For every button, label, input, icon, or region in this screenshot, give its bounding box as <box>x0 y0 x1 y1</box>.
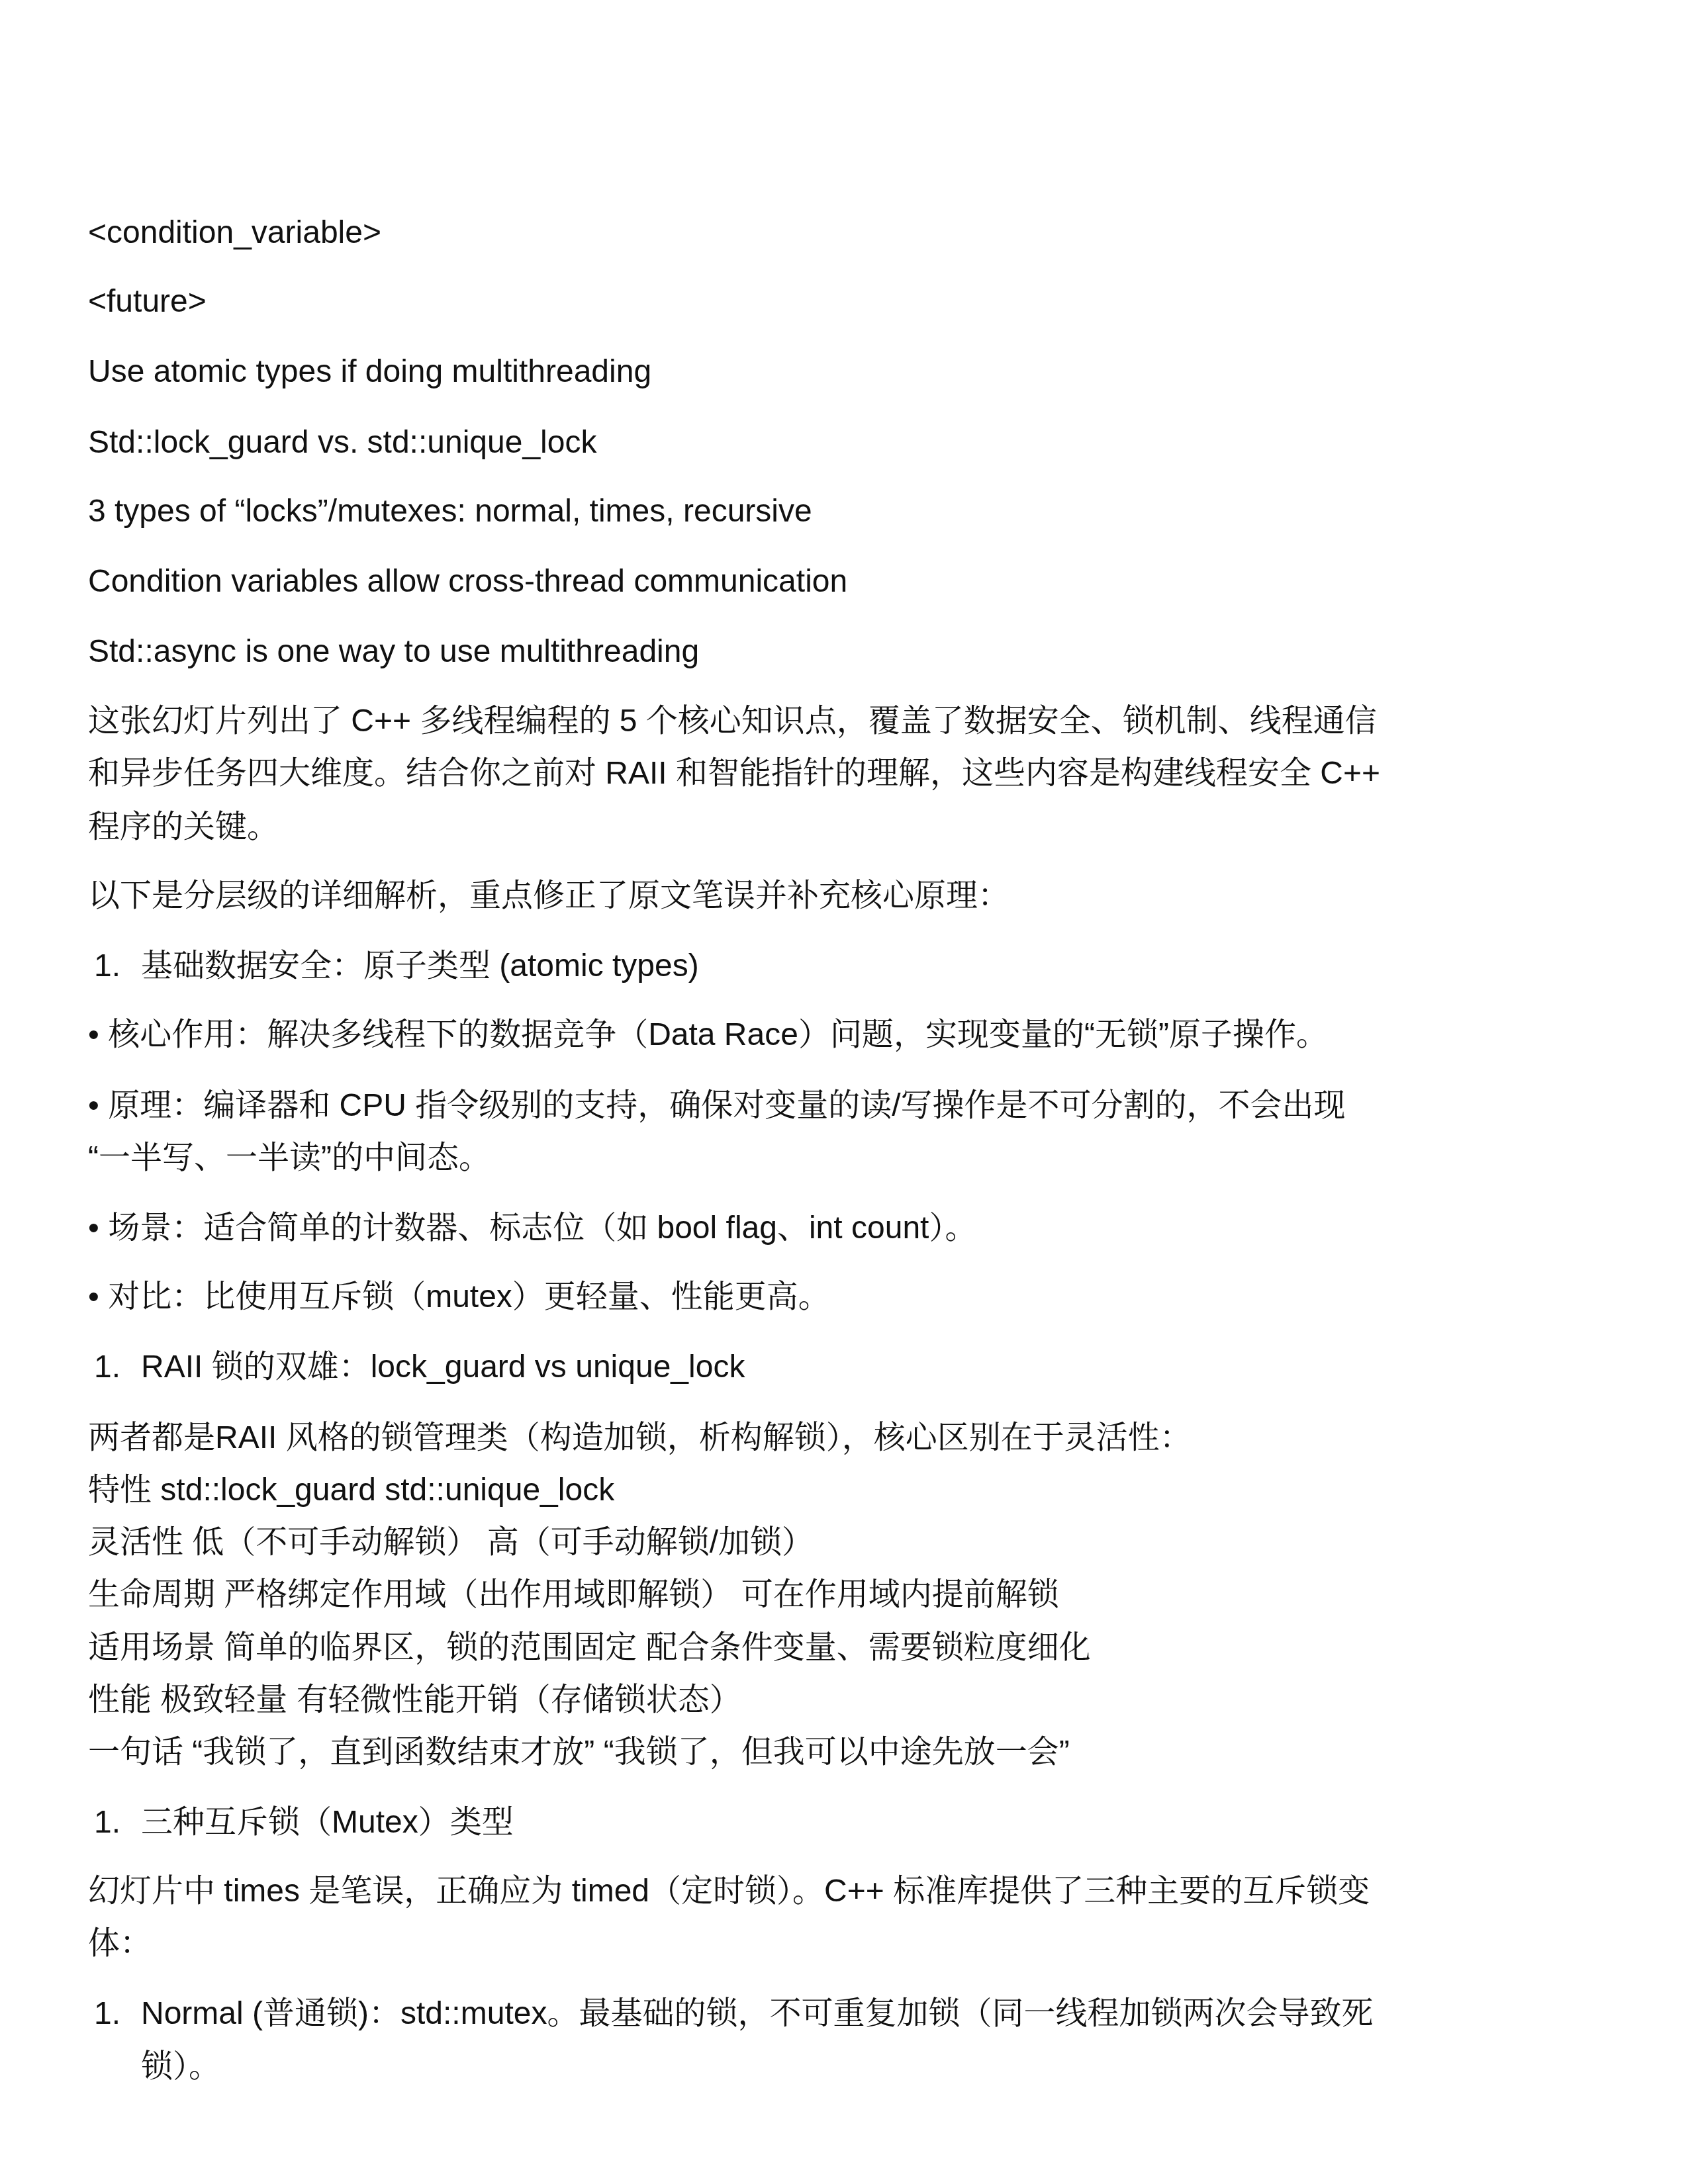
bullet-item: • 原理：编译器和 CPU 指令级别的支持，确保对变量的读/写操作是不可分割的，… <box>88 1086 1346 1126</box>
bullet-item: • 核心作用：解决多线程下的数据竞争（Data Race）问题，实现变量的“无锁… <box>88 1015 1328 1055</box>
list-item: Normal (普通锁)：std::mutex。最基础的锁，不可重复加锁（同一线… <box>141 1994 1373 2034</box>
table-cell: 性能 <box>88 1682 152 1717</box>
table-cell: 适用场景 <box>88 1630 215 1665</box>
table-header-cell: std::lock_guard <box>160 1473 376 1508</box>
table-header-row: 特性 std::lock_guard std::unique_lock <box>88 1471 614 1510</box>
list-item-number: 1. <box>94 1994 120 2034</box>
slide-note: Std::lock_guard vs. std::unique_lock <box>88 423 596 463</box>
intro-line: 程序的关键。 <box>88 807 279 847</box>
slide-note: 3 types of “locks”/mutexes: normal, time… <box>88 492 812 531</box>
intro-line: 这张幻灯片列出了 C++ 多线程编程的 5 个核心知识点，覆盖了数据安全、锁机制… <box>88 702 1377 741</box>
section-number: 1. <box>94 946 120 986</box>
section-number: 1. <box>94 1803 120 1843</box>
table-cell: “我锁了，但我可以中途先放一会” <box>604 1735 1070 1770</box>
bullet-item: • 对比：比使用互斥锁（mutex）更轻量、性能更高。 <box>88 1277 830 1317</box>
intro-line: 和异步任务四大维度。结合你之前对 RAII 和智能指针的理解，这些内容是构建线程… <box>88 754 1380 794</box>
table-cell: 灵活性 <box>88 1525 183 1560</box>
table-cell: 可在作用域内提前解锁 <box>741 1577 1059 1612</box>
table-cell: 一句话 <box>88 1735 183 1770</box>
list-item-continuation: 锁）。 <box>141 2047 220 2087</box>
table-cell: 高（可手动解锁/加锁） <box>487 1525 814 1560</box>
slide-note: Use atomic types if doing multithreading <box>88 352 651 392</box>
section-intro: 两者都是RAII 风格的锁管理类（构造加锁，析构解锁），核心区别在于灵活性： <box>88 1418 1192 1458</box>
section-intro: 幻灯片中 times 是笔误，正确应为 timed（定时锁）。C++ 标准库提供… <box>88 1872 1370 1911</box>
table-row: 性能 极致轻量 有轻微性能开销（存储锁状态） <box>88 1680 741 1720</box>
document-page: <condition_variable> <future> Use atomic… <box>0 0 1688 2184</box>
table-cell: 配合条件变量、需要锁粒度细化 <box>646 1630 1091 1665</box>
slide-note: Std::async is one way to use multithread… <box>88 632 699 672</box>
table-row: 灵活性 低（不可手动解锁） 高（可手动解锁/加锁） <box>88 1523 814 1563</box>
section-heading: 三种互斥锁（Mutex）类型 <box>141 1803 514 1843</box>
lead-paragraph: 以下是分层级的详细解析，重点修正了原文笔误并补充核心原理： <box>88 876 1009 916</box>
table-cell: 生命周期 <box>88 1577 215 1612</box>
table-header-cell: std::unique_lock <box>385 1473 614 1508</box>
table-cell: 简单的临界区，锁的范围固定 <box>224 1630 637 1665</box>
slide-note: <future> <box>88 282 207 322</box>
section-number: 1. <box>94 1347 120 1387</box>
slide-note: <condition_variable> <box>88 213 381 253</box>
table-header-cell: 特性 <box>88 1473 152 1508</box>
table-row: 一句话 “我锁了，直到函数结束才放” “我锁了，但我可以中途先放一会” <box>88 1733 1070 1772</box>
bullet-item-continuation: “一半写、一半读”的中间态。 <box>88 1138 491 1178</box>
table-cell: 低（不可手动解锁） <box>192 1525 478 1560</box>
table-row: 适用场景 简单的临界区，锁的范围固定 配合条件变量、需要锁粒度细化 <box>88 1628 1091 1668</box>
bullet-item: • 场景：适合简单的计数器、标志位（如 bool flag、int count）… <box>88 1208 976 1248</box>
table-cell: “我锁了，直到函数结束才放” <box>192 1735 594 1770</box>
section-intro-continuation: 体： <box>88 1924 152 1964</box>
table-row: 生命周期 严格绑定作用域（出作用域即解锁） 可在作用域内提前解锁 <box>88 1575 1059 1615</box>
table-cell: 极致轻量 <box>160 1682 287 1717</box>
section-heading: 基础数据安全：原子类型 (atomic types) <box>141 946 699 986</box>
slide-note: Condition variables allow cross-thread c… <box>88 562 847 602</box>
table-cell: 有轻微性能开销（存储锁状态） <box>297 1682 741 1717</box>
table-cell: 严格绑定作用域（出作用域即解锁） <box>224 1577 732 1612</box>
section-heading: RAII 锁的双雄：lock_guard vs unique_lock <box>141 1347 745 1387</box>
